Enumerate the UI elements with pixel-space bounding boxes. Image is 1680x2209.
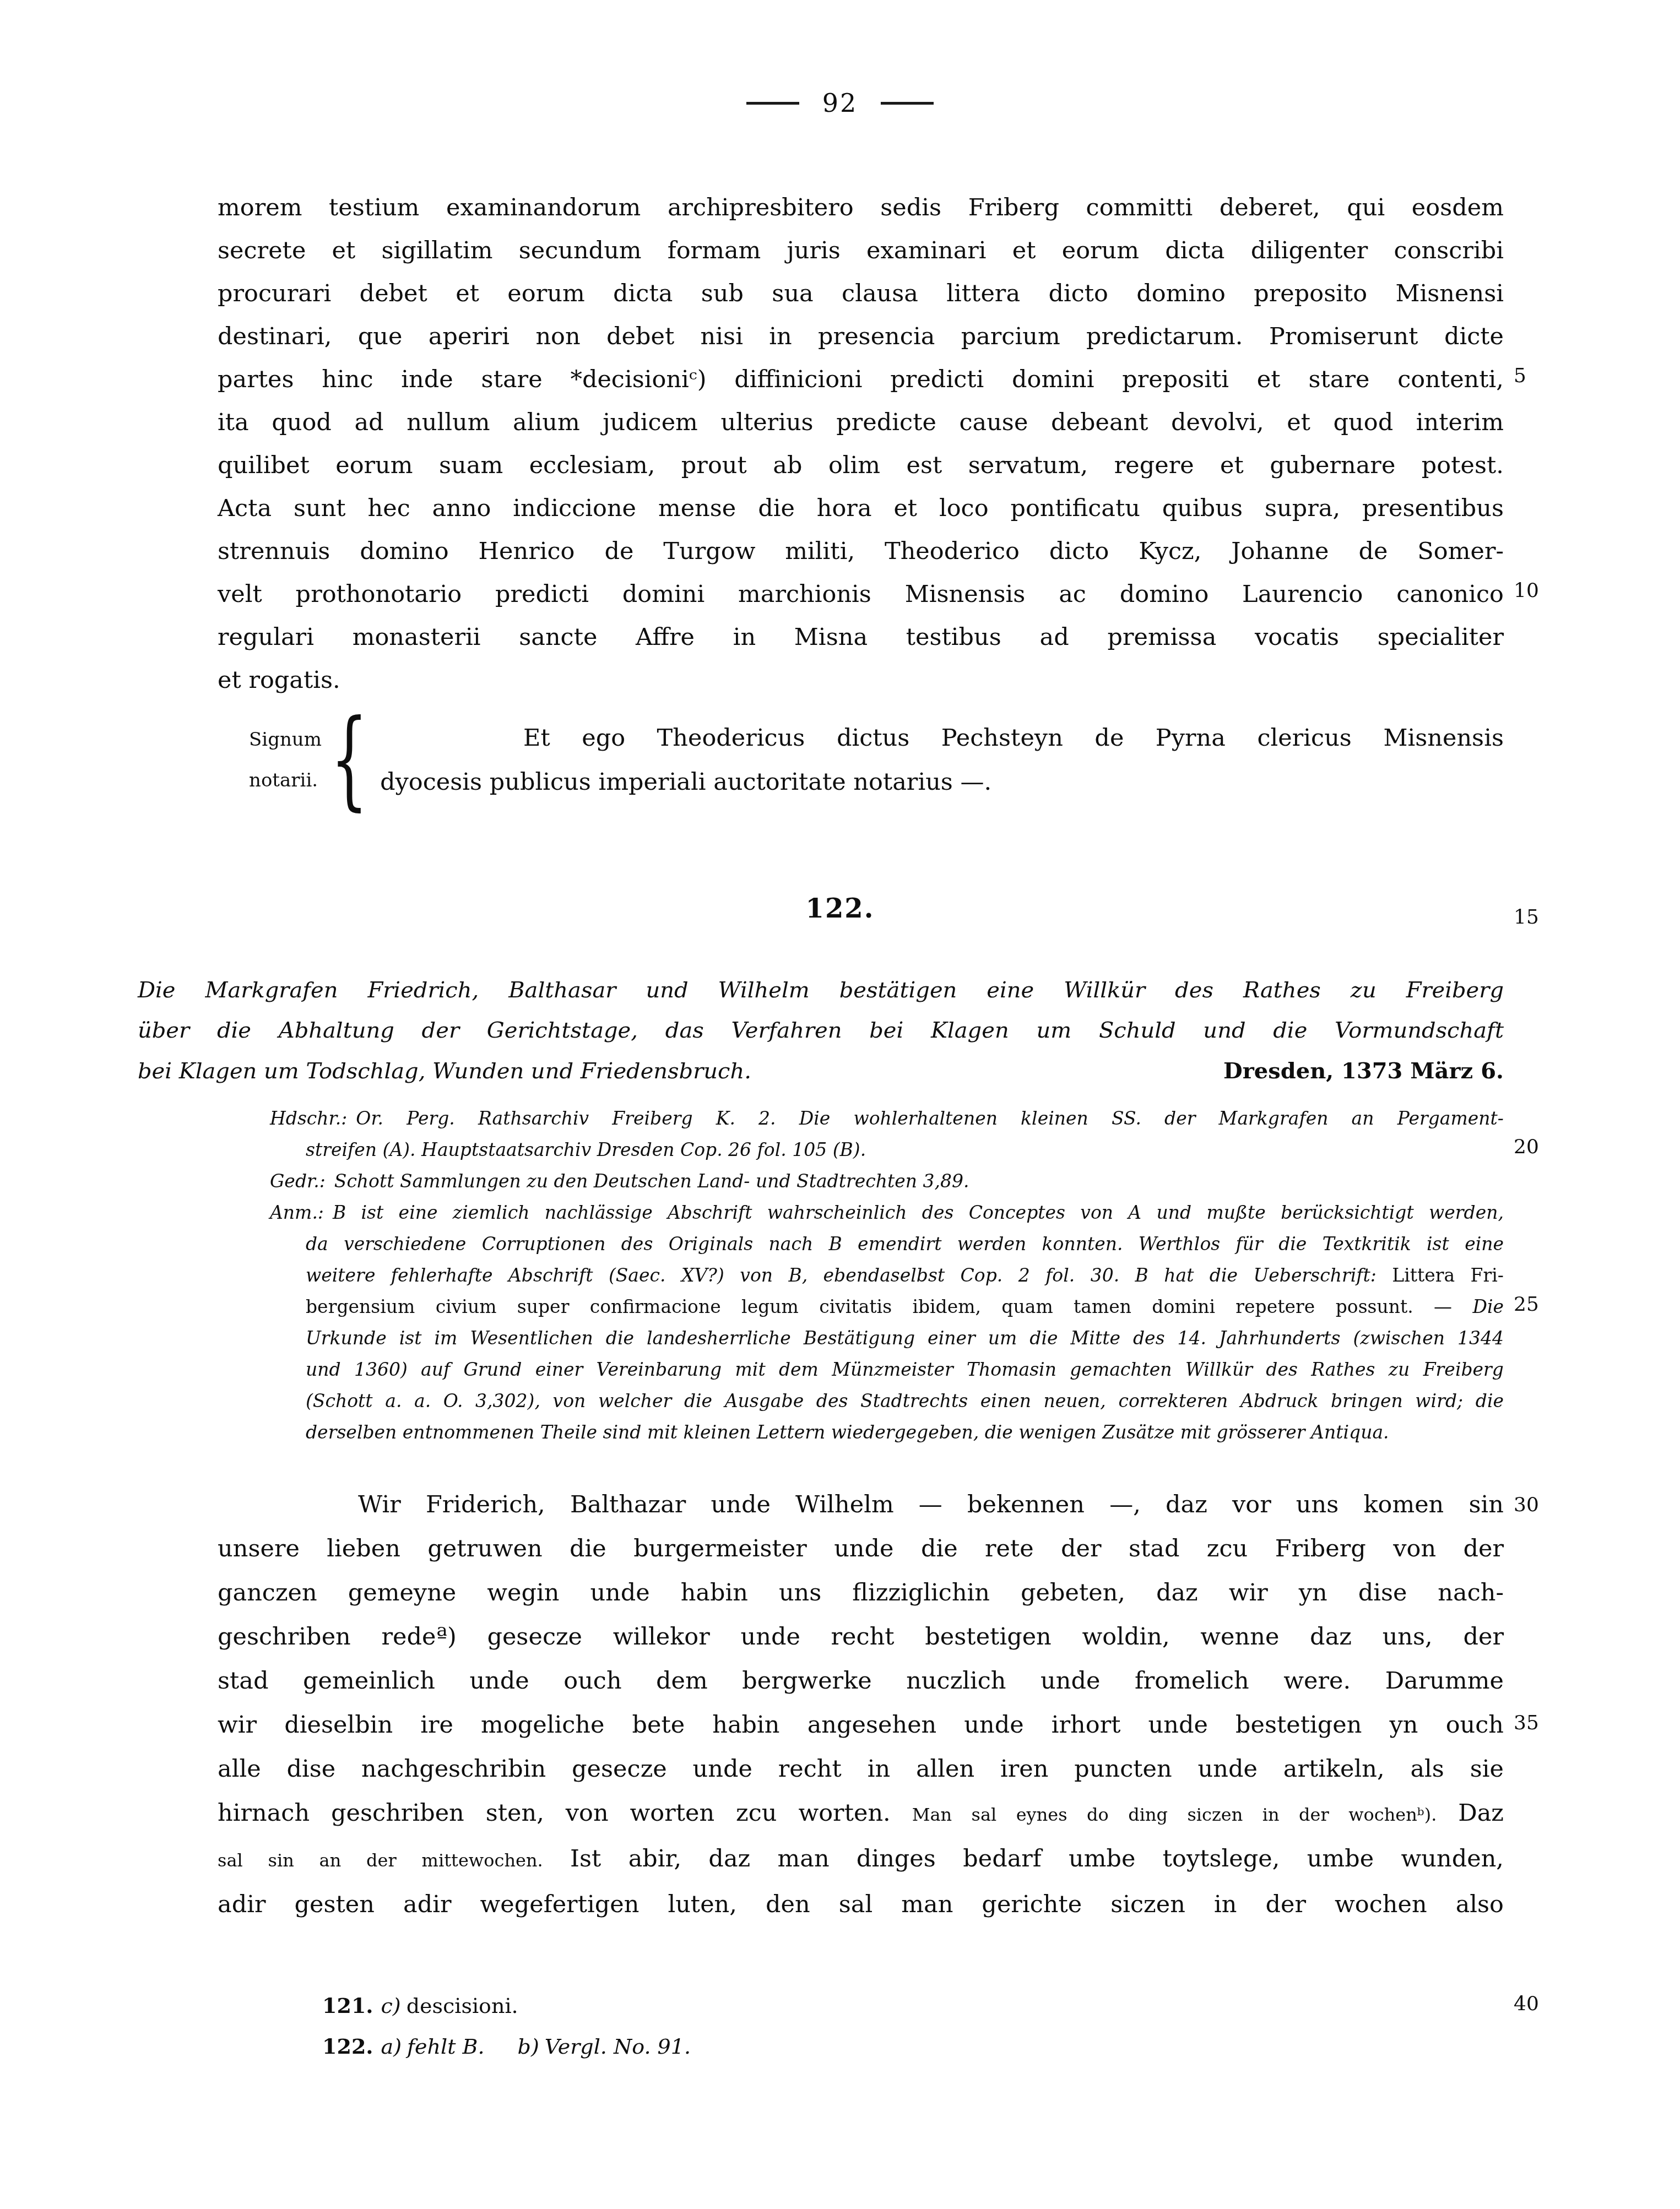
anm-text-italic: Die [1472,1296,1504,1317]
page-number-rule-right [881,102,934,105]
margin-line-number: 35 [1514,1712,1563,1734]
text-line: regulari monasterii sancte Affre in Misn… [218,616,1504,659]
charter-text-paragraph: Wir Friderich, Balthazar unde Wilhelm — … [218,1483,1504,1926]
margin-line-number: 20 [1514,1136,1563,1158]
date-place-label: Dresden, 1373 März 6. [1223,1051,1504,1091]
anm-line: Anm.:B ist eine ziemlich nachlässige Abs… [270,1197,1504,1228]
apparatus-block: Hdschr.:Or. Perg. Rathsarchiv Freiberg K… [270,1103,1504,1448]
brace-glyph: { [330,705,368,812]
margin-line-number: 40 [1514,1993,1563,2015]
willkuer-small-print: Man sal eynes do ding siczen in der woch… [912,1804,1437,1825]
anm-text-italic: weitere fehlerhafte Abschrift (Saec. XV?… [306,1264,1392,1286]
footnote-text: descisioni. [407,1994,518,2018]
summary-line: Die Markgrafen Friedrich, Balthasar und … [138,970,1504,1011]
margin-line-number: 15 [1514,906,1563,929]
anm-text: B ist eine ziemlich nachlässige Abschrif… [333,1202,1504,1223]
page-number-rule-left [746,102,799,105]
text-line-mixed-size: hirnach geschriben sten, von worten zcu … [218,1791,1504,1837]
text-line-with-note-a: geschriben redeª) gesecze willekor unde … [218,1615,1504,1659]
text-line: strennuis domino Henrico de Turgow milit… [218,530,1504,573]
anm-text-roman: Littera Fri- [1392,1264,1504,1286]
hdschr-text: Or. Perg. Rathsarchiv Freiberg K. 2. Die… [356,1108,1504,1129]
text-line: morem testium examinandorum archipresbit… [218,186,1504,229]
text-line: ganczen gemeyne wegin unde habin uns fli… [218,1571,1504,1615]
footnote-letter: a) [381,2034,402,2059]
signum-label-line: Signum [249,719,322,760]
footnote-letter: b) [518,2034,539,2059]
anm-line: (Schott a. a. O. 3,302), von welcher die… [270,1385,1504,1416]
footnote-doc-number: 122. [322,2034,373,2059]
anm-line: da verschiedene Corruptionen des Origina… [270,1228,1504,1260]
charter-text-big: Daz [1458,1799,1504,1827]
text-line: ita quod ad nullum alium judicem ulteriu… [218,401,1504,444]
text-line: Wir Friderich, Balthazar unde Wilhelm — … [218,1483,1504,1527]
margin-line-number: 30 [1514,1494,1563,1516]
charter-text-big: Ist abir, daz man dinges bedarf umbe toy… [570,1845,1504,1873]
footnote-text: Vergl. No. 91. [545,2034,691,2059]
regest-summary: Die Markgrafen Friedrich, Balthasar und … [138,970,1504,1092]
text-line: wir dieselbin ire mogeliche bete habin a… [218,1703,1504,1747]
text-line: procurari debet et eorum dicta sub sua c… [218,272,1504,315]
text-line: dyocesis publicus imperiali auctoritate … [380,760,1504,804]
summary-line-end: bei Klagen um Todschlag, Wunden und Frie… [138,1051,751,1092]
text-line: alle dise nachgeschribin gesecze unde re… [218,1747,1504,1791]
willkuer-small-print: sal sin an der mittewochen. [218,1850,543,1871]
footnote-text: fehlt B. [407,2034,485,2059]
notary-subscription: Et ego Theodericus dictus Pechsteyn de P… [380,716,1504,804]
text-line: stad gemeinlich unde ouch dem bergwerke … [218,1659,1504,1703]
summary-last-line: bei Klagen um Todschlag, Wunden und Frie… [138,1051,1504,1092]
scanned-book-page: 92 morem testium examinandorum archipres… [0,0,1680,2209]
latin-paragraph: morem testium examinandorum archipresbit… [218,186,1504,702]
text-line: destinari, que aperiri non debet nisi in… [218,315,1504,358]
text-line: Et ego Theodericus dictus Pechsteyn de P… [380,716,1504,760]
gedr-text: Schott Sammlungen zu den Deutschen Land-… [334,1170,969,1192]
hdschr-label: Hdschr.: [270,1108,347,1129]
summary-line: über die Abhaltung der Gerichtstage, das… [138,1011,1504,1051]
page-number: 92 [822,88,858,118]
footnote-row: 121.c)descisioni. [322,1985,1424,2026]
anm-line: derselben entnommenen Theile sind mit kl… [270,1416,1504,1448]
margin-line-number: 10 [1514,579,1563,602]
text-line-with-note-c: partes hinc inde stare *decisioniᶜ) diff… [218,358,1504,401]
anm-line: Urkunde ist im Wesentlichen die landeshe… [270,1322,1504,1354]
anm-line: weitere fehlerhafte Abschrift (Saec. XV?… [270,1260,1504,1291]
text-line: quilibet eorum suam ecclesiam, prout ab … [218,444,1504,487]
text-line: Acta sunt hec anno indiccione mense die … [218,487,1504,530]
text-line: et rogatis. [218,659,1504,702]
footnote-letter: c) [381,1994,401,2018]
text-line: adir gesten adir wegefertigen luten, den… [218,1882,1504,1926]
footnote-row: 122.a)fehlt B.b)Vergl. No. 91. [322,2026,1424,2067]
margin-line-number: 5 [1514,365,1563,387]
hdschr-line: streifen (A). Hauptstaatsarchiv Dresden … [270,1134,1504,1165]
anm-label: Anm.: [270,1202,324,1223]
text-line: velt prothonotario predicti domini march… [218,573,1504,616]
text-line-mixed-size: sal sin an der mittewochen. Ist abir, da… [218,1837,1504,1882]
footnotes-block: 121.c)descisioni. 122.a)fehlt B.b)Vergl.… [322,1985,1424,2067]
page-header: 92 [0,88,1680,118]
hdschr-line: Hdschr.:Or. Perg. Rathsarchiv Freiberg K… [270,1103,1504,1134]
gedr-line: Gedr.:Schott Sammlungen zu den Deutschen… [270,1165,1504,1197]
document-number-heading: 122. [0,893,1680,924]
anm-text-roman: bergensium civium super confirmacione le… [306,1296,1472,1317]
margin-line-number: 25 [1514,1293,1563,1316]
charter-text-big: hirnach geschriben sten, von worten zcu … [218,1799,891,1827]
signum-notarii-label: Signum notarii. [249,719,322,801]
anm-line: und 1360) auf Grund einer Vereinbarung m… [270,1354,1504,1385]
signum-label-line: notarii. [249,760,322,801]
text-line: secrete et sigillatim secundum formam ju… [218,229,1504,272]
text-line: unsere lieben getruwen die burgermeister… [218,1527,1504,1571]
anm-line: bergensium civium super confirmacione le… [270,1291,1504,1322]
footnote-doc-number: 121. [322,1993,373,2018]
gedr-label: Gedr.: [270,1170,326,1192]
